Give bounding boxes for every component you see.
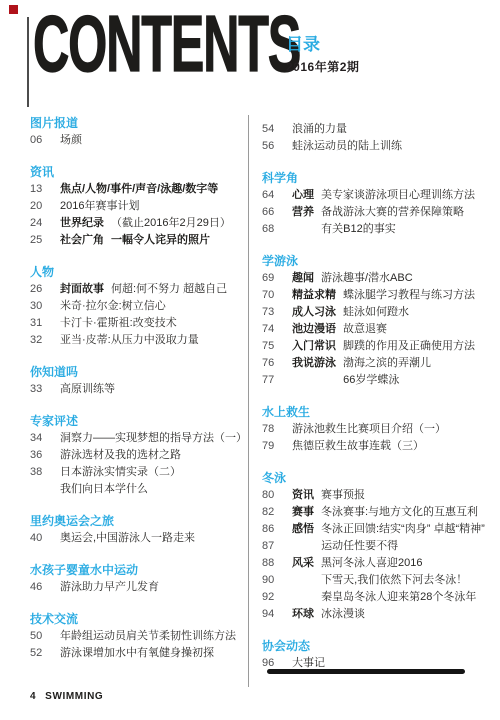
entry-page-number: 38 <box>30 464 60 481</box>
toc-entry: 40奥运会,中国游泳人一路走来 <box>30 530 248 547</box>
toc-entry: 26封面故事何超:何不努力 超越自己 <box>30 281 248 298</box>
entry-category: 焦点/人物/事件/声音/泳趣/数字等 <box>60 183 218 195</box>
section-header: 协会动态 <box>262 638 469 655</box>
toc-section: 技术交流 50年龄组运动员肩关节柔韧性训练方法 52游泳课增加水中有氧健身操初探 <box>30 611 248 662</box>
entry-category: 资讯 <box>292 489 314 501</box>
entry-title: 场颜 <box>60 134 82 146</box>
toc-entry: 79焦德臣救生故事连载（三） <box>262 438 469 455</box>
entry-title: 洞察力——实现梦想的指导方法（一） <box>60 432 247 444</box>
entry-page-number: 87 <box>262 538 292 555</box>
entry-title: 奥运会,中国游泳人一路走来 <box>60 532 195 544</box>
entry-page-number: 76 <box>262 355 292 372</box>
entry-title: 大事记 <box>292 657 325 669</box>
magazine-name: SWIMMING <box>45 691 103 702</box>
entry-title: 冰泳漫谈 <box>321 608 365 620</box>
toc-section: 54浪涌的力量 56蛙泳运动员的陆上训练 <box>262 121 469 155</box>
toc-entry: 70精益求精蝶泳腿学习教程与练习方法 <box>262 287 469 304</box>
entry-page-number: 73 <box>262 304 292 321</box>
toc-entry: 80资讯赛事预报 <box>262 487 469 504</box>
entry-title: 备战游泳大赛的营养保障策略 <box>321 206 464 218</box>
toc-section: 科学角 64心理美专家谈游泳项目心理训练方法 66营养备战游泳大赛的营养保障策略… <box>262 170 469 238</box>
toc-entry: 30米奇·拉尔金:树立信心 <box>30 298 248 315</box>
entry-category: 世界纪录 <box>60 217 104 229</box>
toc-entry: 31卡汀卡·霍斯祖:改变技术 <box>30 315 248 332</box>
section-header: 你知道吗 <box>30 364 248 381</box>
section-header: 图片报道 <box>30 115 248 132</box>
toc-section: 水孩子婴童水中运动 46游泳助力早产儿发育 <box>30 562 248 596</box>
entry-category: 风采 <box>292 557 314 569</box>
entry-page-number: 94 <box>262 606 292 623</box>
entry-title: 蝶泳腿学习教程与练习方法 <box>343 289 475 301</box>
entry-page-number: 79 <box>262 438 292 455</box>
entry-page-number: 56 <box>262 138 292 155</box>
entry-page-number: 34 <box>30 430 60 447</box>
entry-page-number: 40 <box>30 530 60 547</box>
entry-page-number: 31 <box>30 315 60 332</box>
entry-title: 蛙泳如何蹬水 <box>343 306 409 318</box>
entry-page-number: 13 <box>30 181 60 198</box>
toc-entry: 75入门常识脚蹼的作用及正确使用方法 <box>262 338 469 355</box>
entry-page-number: 70 <box>262 287 292 304</box>
toc-entry: 13焦点/人物/事件/声音/泳趣/数字等 <box>30 181 248 198</box>
entry-page-number: 64 <box>262 187 292 204</box>
red-corner-mark <box>9 5 18 14</box>
entry-title: 游泳课增加水中有氧健身操初探 <box>60 647 214 659</box>
end-rule <box>267 669 465 674</box>
entry-page-number: 52 <box>30 645 60 662</box>
entry-page-number: 36 <box>30 447 60 464</box>
toc-section: 专家评述 34洞察力——实现梦想的指导方法（一） 36游泳选材及我的选材之路 3… <box>30 413 248 498</box>
entry-title: 卡汀卡·霍斯祖:改变技术 <box>60 317 177 329</box>
toc-entry: 74池边漫语故意退赛 <box>262 321 469 338</box>
issue-label: 2016年第2期 <box>286 58 359 75</box>
magazine-contents-page: CONTENTS 目录 2016年第2期 图片报道 06场颜 资讯 13焦点/人… <box>0 0 500 720</box>
entry-title: 冬泳正回馈:结实“肉身” 卓越“精神” <box>321 523 485 535</box>
entry-title: 何超:何不努力 超越自己 <box>111 283 227 295</box>
section-header: 科学角 <box>262 170 469 187</box>
entry-title: 我们向日本学什么 <box>60 483 148 495</box>
entry-page-number: 33 <box>30 381 60 398</box>
toc-entry: 06场颜 <box>30 132 248 149</box>
entry-title: 蛙泳运动员的陆上训练 <box>292 140 402 152</box>
section-header: 水孩子婴童水中运动 <box>30 562 248 579</box>
entry-page-number: 92 <box>262 589 292 606</box>
entry-category: 环球 <box>292 608 314 620</box>
entry-title: 浪涌的力量 <box>292 123 347 135</box>
toc-entry: 33高原训练等 <box>30 381 248 398</box>
toc-entry: 94环球冰泳漫谈 <box>262 606 469 623</box>
toc-entry: 68有关B12的事实 <box>262 221 469 238</box>
entry-title: 渤海之滨的弄潮儿 <box>343 357 431 369</box>
contents-title-zh: 目录 <box>286 36 359 54</box>
entry-title: 下雪天,我们依然下河去冬泳！ <box>292 574 467 586</box>
toc-entry: 54浪涌的力量 <box>262 121 469 138</box>
entry-title: 游泳趣事/潜水ABC <box>321 272 413 284</box>
section-header: 冬泳 <box>262 470 469 487</box>
toc-entry: 56蛙泳运动员的陆上训练 <box>262 138 469 155</box>
entry-page-number: 20 <box>30 198 60 215</box>
contents-title: CONTENTS <box>33 4 300 84</box>
entry-category: 趣闻 <box>292 272 314 284</box>
entry-page-number: 25 <box>30 232 60 249</box>
toc-section: 里约奥运会之旅 40奥运会,中国游泳人一路走来 <box>30 513 248 547</box>
entry-title: 故意退赛 <box>343 323 387 335</box>
toc-entry: 34洞察力——实现梦想的指导方法（一） <box>30 430 248 447</box>
entry-page-number: 32 <box>30 332 60 349</box>
entry-category: 封面故事 <box>60 283 104 295</box>
entry-page-number: 75 <box>262 338 292 355</box>
toc-entry: 76我说游泳渤海之滨的弄潮儿 <box>262 355 469 372</box>
toc-entry: 73成人习泳蛙泳如何蹬水 <box>262 304 469 321</box>
entry-title: 黑河冬泳人喜迎2016 <box>321 557 422 569</box>
toc-column-right: 54浪涌的力量 56蛙泳运动员的陆上训练 科学角 64心理美专家谈游泳项目心理训… <box>249 115 469 687</box>
entry-category: 精益求精 <box>292 289 336 301</box>
toc-section: 冬泳 80资讯赛事预报 82赛事冬泳赛事:与地方文化的互惠互利 86感悟冬泳正回… <box>262 470 469 623</box>
toc-entry: 我们向日本学什么 <box>30 481 248 498</box>
entry-title: 运动任性要不得 <box>292 540 398 552</box>
entry-page-number: 46 <box>30 579 60 596</box>
entry-page-number: 54 <box>262 121 292 138</box>
section-header: 学游泳 <box>262 253 469 270</box>
page-footer: 4SWIMMING <box>30 691 103 702</box>
toc-entry: 64心理美专家谈游泳项目心理训练方法 <box>262 187 469 204</box>
toc-entry: 38日本游泳实情实录（二） <box>30 464 248 481</box>
toc-entry: 69趣闻游泳趣事/潜水ABC <box>262 270 469 287</box>
section-header: 技术交流 <box>30 611 248 628</box>
toc-entry: 52游泳课增加水中有氧健身操初探 <box>30 645 248 662</box>
entry-title: 脚蹼的作用及正确使用方法 <box>343 340 475 352</box>
toc-entry: 50年龄组运动员肩关节柔韧性训练方法 <box>30 628 248 645</box>
entry-title: 米奇·拉尔金:树立信心 <box>60 300 166 312</box>
entry-title: 冬泳赛事:与地方文化的互惠互利 <box>321 506 478 518</box>
toc-entry: 92秦皇岛冬泳人迎来第28个冬泳年 <box>262 589 469 606</box>
entry-title: 秦皇岛冬泳人迎来第28个冬泳年 <box>292 591 476 603</box>
entry-title: （截止2016年2月29日） <box>111 217 231 229</box>
toc-section: 水上救生 78游泳池救生比赛项目介绍（一） 79焦德臣救生故事连载（三） <box>262 404 469 455</box>
entry-category: 感悟 <box>292 523 314 535</box>
section-header: 人物 <box>30 264 248 281</box>
entry-category: 入门常识 <box>292 340 336 352</box>
toc-entry: 25社会广角一幅令人诧异的照片 <box>30 232 248 249</box>
toc-entry: 82赛事冬泳赛事:与地方文化的互惠互利 <box>262 504 469 521</box>
entry-page-number: 26 <box>30 281 60 298</box>
toc-entry: 78游泳池救生比赛项目介绍（一） <box>262 421 469 438</box>
title-zh-block: 目录 2016年第2期 <box>286 36 359 75</box>
toc-entry: 36游泳选材及我的选材之路 <box>30 447 248 464</box>
toc-entry: 66营养备战游泳大赛的营养保障策略 <box>262 204 469 221</box>
entry-title: 66岁学蝶泳 <box>292 374 399 386</box>
entry-category: 池边漫语 <box>292 323 336 335</box>
toc-entry: 202016年赛事计划 <box>30 198 248 215</box>
entry-category: 我说游泳 <box>292 357 336 369</box>
entry-page-number: 74 <box>262 321 292 338</box>
section-header: 水上救生 <box>262 404 469 421</box>
entry-title: 日本游泳实情实录（二） <box>60 466 181 478</box>
toc-entry: 46游泳助力早产儿发育 <box>30 579 248 596</box>
entry-title: 2016年赛事计划 <box>60 200 139 212</box>
entry-page-number: 06 <box>30 132 60 149</box>
entry-title: 亚当·皮蒂:从压力中汲取力量 <box>60 334 199 346</box>
toc-entry: 86感悟冬泳正回馈:结实“肉身” 卓越“精神” <box>262 521 469 538</box>
toc-section: 学游泳 69趣闻游泳趣事/潜水ABC 70精益求精蝶泳腿学习教程与练习方法 73… <box>262 253 469 389</box>
entry-title: 焦德臣救生故事连载（三） <box>292 440 424 452</box>
toc-entry: 7766岁学蝶泳 <box>262 372 469 389</box>
section-header: 专家评述 <box>30 413 248 430</box>
section-header: 里约奥运会之旅 <box>30 513 248 530</box>
toc-section: 你知道吗 33高原训练等 <box>30 364 248 398</box>
entry-category: 心理 <box>292 189 314 201</box>
toc-section: 图片报道 06场颜 <box>30 115 248 149</box>
section-header: 资讯 <box>30 164 248 181</box>
entry-category: 成人习泳 <box>292 306 336 318</box>
toc-column-left: 图片报道 06场颜 资讯 13焦点/人物/事件/声音/泳趣/数字等 202016… <box>30 115 248 677</box>
entry-page-number: 69 <box>262 270 292 287</box>
folio-number: 4 <box>30 691 36 702</box>
entry-title: 有关B12的事实 <box>292 223 396 235</box>
entry-page-number: 24 <box>30 215 60 232</box>
toc-entry: 88风采黑河冬泳人喜迎2016 <box>262 555 469 572</box>
entry-title: 美专家谈游泳项目心理训练方法 <box>321 189 475 201</box>
entry-title: 赛事预报 <box>321 489 365 501</box>
entry-page-number: 30 <box>30 298 60 315</box>
entry-page-number: 66 <box>262 204 292 221</box>
entry-title: 年龄组运动员肩关节柔韧性训练方法 <box>60 630 236 642</box>
entry-page-number: 90 <box>262 572 292 589</box>
entry-page-number: 50 <box>30 628 60 645</box>
entry-page-number: 78 <box>262 421 292 438</box>
entry-title: 游泳助力早产儿发育 <box>60 581 159 593</box>
toc-entry: 87运动任性要不得 <box>262 538 469 555</box>
entry-title: 游泳选材及我的选材之路 <box>60 449 181 461</box>
entry-title: 高原训练等 <box>60 383 115 395</box>
entry-page-number: 80 <box>262 487 292 504</box>
toc-entry: 32亚当·皮蒂:从压力中汲取力量 <box>30 332 248 349</box>
toc-section: 人物 26封面故事何超:何不努力 超越自己 30米奇·拉尔金:树立信心 31卡汀… <box>30 264 248 349</box>
toc-entry: 24世界纪录（截止2016年2月29日） <box>30 215 248 232</box>
toc-entry: 90下雪天,我们依然下河去冬泳！ <box>262 572 469 589</box>
entry-page-number: 68 <box>262 221 292 238</box>
toc-section: 协会动态 96大事记 <box>262 638 469 672</box>
entry-title: 一幅令人诧异的照片 <box>111 234 210 246</box>
entry-title: 游泳池救生比赛项目介绍（一） <box>292 423 446 435</box>
entry-page-number: 82 <box>262 504 292 521</box>
entry-category: 社会广角 <box>60 234 104 246</box>
toc-columns: 图片报道 06场颜 资讯 13焦点/人物/事件/声音/泳趣/数字等 202016… <box>30 115 470 687</box>
entry-page-number: 86 <box>262 521 292 538</box>
entry-category: 营养 <box>292 206 314 218</box>
entry-page-number: 77 <box>262 372 292 389</box>
title-vertical-rule <box>27 17 29 107</box>
entry-page-number: 88 <box>262 555 292 572</box>
toc-section: 资讯 13焦点/人物/事件/声音/泳趣/数字等 202016年赛事计划 24世界… <box>30 164 248 249</box>
entry-category: 赛事 <box>292 506 314 518</box>
